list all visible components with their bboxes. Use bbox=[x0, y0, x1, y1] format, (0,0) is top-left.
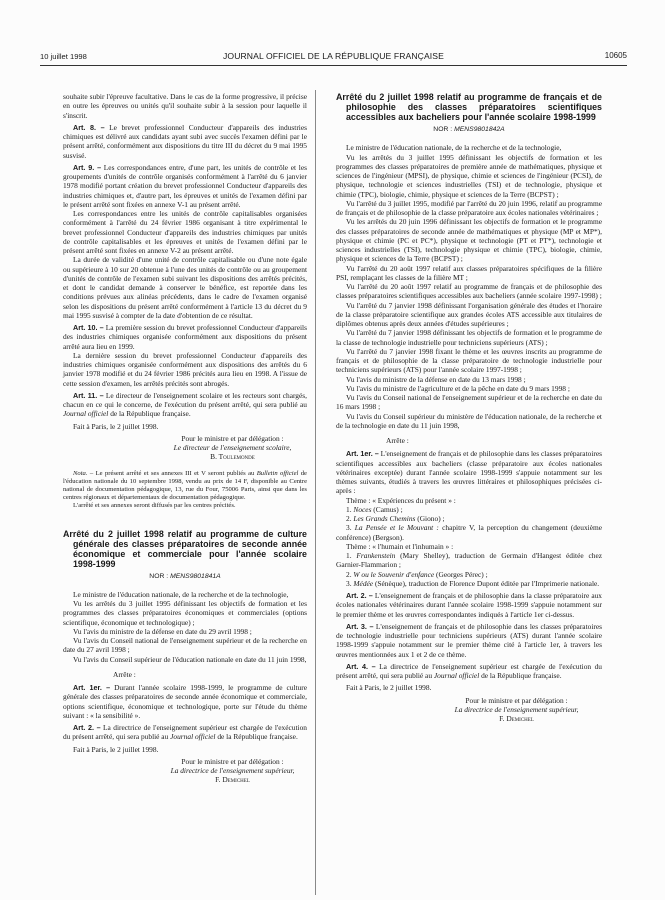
signatory-name: F. Demichel bbox=[431, 714, 602, 723]
signature-line: Pour le ministre et par délégation : bbox=[158, 434, 307, 443]
right-column: Arrêté du 2 juillet 1998 relatif au prog… bbox=[336, 92, 602, 723]
article-label: Art. 9. – bbox=[73, 163, 101, 172]
visa: Vu l'avis du Conseil supérieur du minist… bbox=[336, 412, 602, 431]
article-label: Art. 11. – bbox=[73, 391, 104, 400]
visa: Vu les arrêtés du 3 juillet 1995 définis… bbox=[63, 599, 307, 627]
decree-title: Arrêté du 2 juillet 1998 relatif au prog… bbox=[63, 529, 307, 569]
visa: Vu l'arrêté du 7 janvier 1998 définissan… bbox=[336, 301, 602, 329]
visa: Vu l'avis du ministre de la défense en d… bbox=[63, 627, 307, 636]
arrete-heading: Arrête : bbox=[386, 436, 602, 445]
article-11: Art. 11. – Le directeur de l'enseignemen… bbox=[63, 391, 307, 419]
article-2: Art. 2. – La directrice de l'enseignemen… bbox=[63, 723, 307, 742]
signatory-name: B. Toulemonde bbox=[158, 452, 307, 461]
article-label: Art. 2. – bbox=[73, 723, 101, 732]
visa: Vu l'arrêté du 3 juillet 1995, modifié p… bbox=[336, 199, 602, 218]
signature-line: Pour le ministre et par délégation : bbox=[158, 757, 307, 766]
column-divider bbox=[315, 90, 316, 895]
article-10-paragraph-2: La dernière session du brevet profession… bbox=[63, 351, 307, 388]
article-label: Art. 2. – bbox=[346, 591, 373, 600]
fait-a-paris: Fait à Paris, le 2 juillet 1998. bbox=[63, 422, 307, 431]
article-label: Art. 3. – bbox=[346, 622, 373, 631]
article-1: Art. 1er. – L'enseignement de français e… bbox=[336, 449, 602, 495]
signatory-name: F. Demichel bbox=[158, 775, 307, 784]
signature-title: La directrice de l'enseignement supérieu… bbox=[158, 766, 307, 775]
theme-heading: Thème : « l'humain et l'inhumain » : bbox=[336, 542, 602, 551]
signature-title: Le directeur de l'enseignement scolaire, bbox=[158, 443, 307, 452]
visa: Vu l'arrêté du 20 août 1997 relatif aux … bbox=[336, 264, 602, 283]
article-9: Art. 9. – Les correspondances entre, d'u… bbox=[63, 163, 307, 209]
decree-title: Arrêté du 2 juillet 1998 relatif au prog… bbox=[336, 92, 602, 122]
article-4: Art. 4. – La directrice de l'enseignemen… bbox=[336, 662, 602, 681]
visa: Vu les arrêtés du 20 juin 1996 définissa… bbox=[336, 217, 602, 263]
article-8: Art. 8. – Le brevet professionnel Conduc… bbox=[63, 123, 307, 160]
work-item: 2. W ou le Souvenir d'enfance (Georges P… bbox=[336, 570, 602, 579]
arrete-heading: Arrête : bbox=[113, 670, 307, 679]
visa: Vu l'avis du ministre de l'agriculture e… bbox=[336, 384, 602, 393]
work-item: 3. Médée (Sénèque), traduction de Floren… bbox=[336, 579, 602, 588]
page-header: 10 juillet 1998 JOURNAL OFFICIEL DE LA R… bbox=[40, 49, 627, 66]
signature-title: La directrice de l'enseignement supérieu… bbox=[431, 705, 602, 714]
visa: Vu l'avis du ministre de la défense en d… bbox=[336, 375, 602, 384]
article-label: Art. 8. – bbox=[73, 123, 105, 132]
work-item: 2. Les Grands Chemins (Giono) ; bbox=[336, 514, 602, 523]
work-item: 1. Frankenstein (Mary Shelley), traducti… bbox=[336, 551, 602, 570]
article-2: Art. 2. – L'enseignement de français et … bbox=[336, 591, 602, 619]
article-label: Art. 1er. – bbox=[346, 449, 379, 458]
continuation-paragraph: souhaite subir l'épreuve facultative. Da… bbox=[63, 92, 307, 120]
nor-reference: NOR : MENS9801842A bbox=[336, 125, 602, 134]
decree-intro: Le ministre de l'éducation nationale, de… bbox=[336, 143, 602, 152]
nor-reference: NOR : MENS9801841A bbox=[63, 572, 307, 581]
visa: Vu l'avis du Conseil supérieur de l'éduc… bbox=[63, 655, 307, 664]
article-9-paragraph-2: Les correspondances entre les unités de … bbox=[63, 209, 307, 255]
work-item: 3. La Pensée et le Mouvant : chapitre V,… bbox=[336, 523, 602, 542]
article-label: Art. 1er. – bbox=[73, 683, 110, 692]
article-3: Art. 3. – L'enseignement de français et … bbox=[336, 622, 602, 659]
visa: Vu l'avis du Conseil national de l'ensei… bbox=[63, 636, 307, 655]
fait-a-paris: Fait à Paris, le 2 juillet 1998. bbox=[336, 683, 602, 692]
decree-intro: Le ministre de l'éducation nationale, de… bbox=[63, 590, 307, 599]
work-item: 1. Noces (Camus) ; bbox=[336, 505, 602, 514]
fait-a-paris: Fait à Paris, le 2 juillet 1998. bbox=[63, 745, 307, 754]
nota-paragraph: Nota. – Le présent arrêté et ses annexes… bbox=[63, 470, 307, 503]
page-number: 10605 bbox=[605, 51, 627, 60]
article-label: Art. 10. – bbox=[73, 323, 104, 332]
theme-heading: Thème : « Expériences du présent » : bbox=[336, 496, 602, 505]
visa: Vu l'arrêté du 7 janvier 1998 définissan… bbox=[336, 328, 602, 347]
visa: Vu les arrêtés du 3 juillet 1995 définis… bbox=[336, 153, 602, 199]
visa: Vu l'avis du Conseil national de l'ensei… bbox=[336, 393, 602, 412]
article-label: Art. 4. – bbox=[346, 662, 376, 671]
article-10: Art. 10. – La première session du brevet… bbox=[63, 323, 307, 351]
visa: Vu l'arrêté du 7 janvier 1998 fixant le … bbox=[336, 347, 602, 375]
article-1: Art. 1er. – Durant l'année scolaire 1998… bbox=[63, 683, 307, 720]
nota-paragraph-2: L'arrêté et ses annexes seront diffusés … bbox=[63, 502, 307, 510]
journal-title: JOURNAL OFFICIEL DE LA RÉPUBLIQUE FRANÇA… bbox=[40, 51, 627, 61]
visa: Vu l'arrêté du 20 août 1997 relatif au p… bbox=[336, 282, 602, 301]
article-9-paragraph-3: La durée de validité d'une unité de cont… bbox=[63, 255, 307, 320]
left-column: souhaite subir l'épreuve facultative. Da… bbox=[63, 92, 307, 785]
signature-line: Pour le ministre et par délégation : bbox=[431, 696, 602, 705]
